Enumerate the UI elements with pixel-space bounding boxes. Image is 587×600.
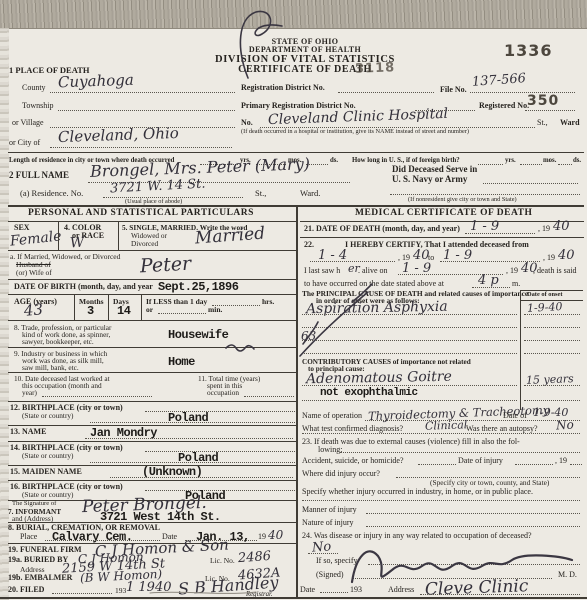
less-line2: [158, 313, 206, 314]
pv2: [118, 221, 119, 250]
ds-label: ds.: [330, 157, 338, 164]
related-line: [308, 553, 338, 554]
color-value: W: [70, 236, 85, 252]
dod-line: [465, 233, 535, 234]
contrib-value-2: not exophthalmic: [320, 388, 418, 400]
age-value: 43: [23, 302, 43, 319]
pl3: [8, 279, 296, 280]
manner-line: [366, 513, 580, 514]
hrs-label: hrs.: [262, 298, 274, 306]
ward-label: Ward: [560, 119, 580, 127]
pl4: [8, 294, 296, 295]
spouse-value: Peter: [140, 255, 192, 278]
cause-line3: [302, 340, 517, 341]
accident-line: [418, 464, 456, 465]
fullname-label: 2 FULL NAME: [9, 171, 69, 180]
lastworked-line: [42, 396, 152, 397]
file-no-label: File No.: [440, 86, 467, 94]
trade-label-3: sawyer, bookkeeper, etc.: [22, 338, 94, 346]
industry-value: Home: [168, 356, 195, 369]
nonres-line: [390, 194, 580, 195]
certificate-number-stamp: 1336: [504, 43, 553, 60]
dod-value: 1 - 9: [470, 220, 499, 234]
signed-label: (Signed): [316, 571, 344, 579]
certify-y19b: , 19: [543, 254, 555, 262]
margin-scribble: 63: [301, 330, 316, 343]
name13-label: 13. NAME: [10, 428, 46, 436]
accident-label: Accident, suicide, or homicide?: [302, 457, 404, 465]
time-value: 4 p: [478, 274, 499, 288]
township-line: [58, 110, 235, 111]
section-rule: [8, 152, 584, 153]
filed-label: 20. FILED: [8, 586, 44, 594]
buried-by-lic-value: 2486: [238, 550, 272, 566]
specify-line: [302, 500, 580, 501]
or-label: or: [146, 306, 153, 314]
pv1: [58, 221, 59, 250]
pv3: [74, 294, 75, 320]
operation-line: [365, 420, 580, 421]
related-label: 24. Was disease or injury in any way rel…: [302, 532, 532, 540]
bp14-line1: [145, 451, 295, 452]
dod-y19: , 19: [538, 225, 550, 233]
name13-line: [85, 438, 293, 439]
pv4: [108, 294, 109, 320]
filed-value: 1 1940: [126, 581, 172, 595]
injurydate-line: [515, 464, 553, 465]
hl-line1: [478, 164, 503, 165]
ml2: [300, 237, 584, 238]
onset-line2: [524, 327, 580, 328]
md-label: M. D.: [558, 571, 577, 579]
md-193: 193: [350, 586, 362, 594]
district-number-stamp: 3118: [355, 61, 396, 76]
certify-text: I HEREBY CERTIFY, That I attended deceas…: [345, 241, 529, 249]
pl12: [8, 480, 296, 481]
dob-label: DATE OF BIRTH (month, day, and year: [14, 283, 153, 291]
burial-year-printed: 19: [258, 533, 266, 541]
onset-line3: [524, 340, 580, 341]
md-date-label: Date: [300, 586, 315, 594]
contrib-onset-line: [524, 385, 580, 386]
pl8: [8, 401, 296, 402]
filed-193: 193: [115, 587, 126, 595]
days-value: 14: [117, 305, 130, 318]
nature-line: [366, 526, 580, 527]
bp14-line2: [90, 462, 295, 463]
specify-text: Specify whether injury occurred in indus…: [302, 488, 533, 496]
dod-label: 21. DATE OF DEATH (month, day, and year): [304, 225, 460, 233]
test-value: Clinical: [425, 419, 468, 432]
nonresident-note: (If nonresident give city or town and St…: [408, 197, 517, 204]
md-address-label: Address: [388, 586, 414, 594]
township-label: Township: [22, 102, 53, 110]
reg-district-label: Registration District No.: [241, 84, 325, 92]
ml1: [300, 221, 584, 222]
cause-onset: 1-9-40: [527, 301, 563, 314]
married-label-3: (or) Wife of: [16, 269, 52, 277]
lastsaw-y19: , 19: [506, 267, 518, 275]
m-label: m.: [512, 280, 520, 288]
res-ward-label: Ward.: [300, 189, 320, 198]
cause-line2: [302, 327, 517, 328]
hl-yrs: yrs.: [505, 157, 516, 164]
pv5: [141, 294, 142, 320]
md-address-line: [420, 594, 580, 595]
sex-value: Female: [9, 229, 62, 249]
dob-value: Sept.25,1896: [158, 281, 238, 294]
no-label: No.: [241, 119, 253, 127]
onset-line1: [524, 314, 580, 315]
bp12-state-label: (State or country): [22, 412, 73, 420]
time-line: [472, 287, 510, 288]
buried-by-label: 19a. BURIED BY: [8, 556, 68, 564]
less-label: If LESS than 1 day: [146, 298, 207, 306]
lastsaw-1: I last saw h: [304, 267, 340, 275]
cause-line4: [302, 353, 517, 354]
bottom-rule: [0, 597, 587, 599]
trade-value: Housewife: [168, 329, 228, 342]
contrib-onset-line2: [524, 400, 580, 401]
residence-value: 3721 W. 14 St.: [110, 178, 206, 197]
nature-label: Nature of injury: [302, 519, 354, 527]
lastworked-label-3: year): [22, 389, 37, 397]
filed-line: [52, 593, 112, 594]
industry-label-3: saw mill, bank, etc.: [22, 364, 79, 372]
res-st-label: St.,: [255, 189, 266, 198]
injury-y19-line: [570, 464, 582, 465]
pl1: [8, 221, 296, 222]
pl7: [8, 372, 296, 373]
home-row-scribble: [226, 345, 254, 351]
operation-date: 1-9-40: [533, 407, 568, 419]
burial-year-hand: 40: [268, 529, 283, 542]
maiden-line: [110, 477, 293, 478]
funeral-firm-label: 19. FUNERAL FIRM: [8, 546, 82, 554]
cause-line1: [302, 314, 517, 315]
certify-year2: 40: [558, 249, 575, 263]
column-divider: [296, 205, 298, 598]
embalmer-label: 19b. EMBALMER: [8, 574, 72, 582]
city-label: or City of: [9, 139, 40, 147]
md-address-value: Cleve Clinic: [425, 578, 529, 599]
village-label: or Village: [12, 119, 44, 127]
county-value: Cuyahoga: [58, 73, 134, 91]
hl-ds: ds.: [573, 157, 581, 164]
registered-no-stamp: 350: [527, 94, 559, 109]
personal-title: PERSONAL AND STATISTICAL PARTICULARS: [28, 209, 254, 219]
medical-title: MEDICAL CERTIFICATE OF DEATH: [355, 209, 532, 219]
pl2: [8, 250, 296, 251]
hl-line2: [520, 164, 542, 165]
bp14-state-label: (State or country): [22, 452, 73, 460]
injury-y19: , 19: [555, 457, 567, 465]
serve-line2: U. S. Navy or Army: [392, 175, 467, 184]
serve-line: [483, 183, 578, 184]
county-label: County: [22, 84, 46, 92]
pl10: [8, 441, 296, 442]
dod-year-hand: 40: [553, 220, 570, 234]
lastsaw-2: . alive on: [358, 267, 388, 275]
file-no-line: [470, 92, 575, 93]
ifso-line: [368, 564, 580, 565]
ifso-label: If so, specify: [316, 557, 358, 565]
md-date-line: [320, 592, 348, 593]
contrib-line2: [302, 400, 517, 401]
months-value: 3: [87, 305, 94, 318]
institution-note: (If death occurred in a hospital or inst…: [241, 129, 469, 136]
contrib-line1: [302, 385, 517, 386]
test-line: [302, 433, 580, 434]
hl-mos: mos.: [543, 157, 556, 164]
county-line: [50, 92, 235, 93]
maiden-label: 15. MAIDEN NAME: [10, 468, 82, 476]
bp12-line2: [90, 422, 295, 423]
external-2: lowing:: [318, 446, 342, 454]
injurydate-label: Date of injury: [458, 457, 503, 465]
pl5: [8, 320, 296, 321]
autopsy-value: No: [556, 419, 574, 433]
hl-line3: [558, 164, 572, 165]
where-label: Where did injury occur?: [302, 470, 380, 478]
pl6: [8, 347, 296, 348]
certify-no: 22.: [304, 241, 314, 249]
totaltime-line: [244, 396, 294, 397]
reg-district-line: [338, 92, 434, 93]
bp16-state-label: (State or country): [22, 491, 73, 499]
death-said: , death is said: [533, 267, 577, 275]
specify-note: (Specify city or town, county, and State…: [430, 479, 549, 487]
manner-label: Manner of injury: [302, 506, 357, 514]
file-no-value: 137-566: [472, 72, 527, 89]
ext-line: [340, 452, 580, 453]
residence-label: (a) Residence. No.: [20, 189, 83, 198]
operation-label: Name of operation: [302, 412, 362, 420]
burial-place-label: Place: [20, 533, 37, 541]
marital-label-3: Divorced: [131, 240, 158, 248]
registered-no-label: Registered No.: [479, 102, 529, 110]
totaltime-label-3: occupation: [207, 389, 239, 397]
death-certificate-scan: STATE OF OHIO DEPARTMENT OF HEALTH DIVIS…: [0, 0, 587, 600]
registered-no-line: [525, 110, 575, 111]
st-label: St.,: [537, 119, 548, 127]
onset-header: Date of onset: [527, 292, 563, 299]
city-value: Cleveland, Ohio: [58, 126, 179, 146]
buried-by-lic-label: Lic. No.: [210, 557, 235, 565]
onset-line4: [524, 353, 580, 354]
marital-value: Married: [194, 226, 265, 249]
occurred-text: to have occurred on the date stated abov…: [304, 280, 444, 288]
scan-noise-band: [0, 0, 587, 29]
city-line: [50, 147, 232, 148]
min-label: min.: [208, 306, 222, 314]
